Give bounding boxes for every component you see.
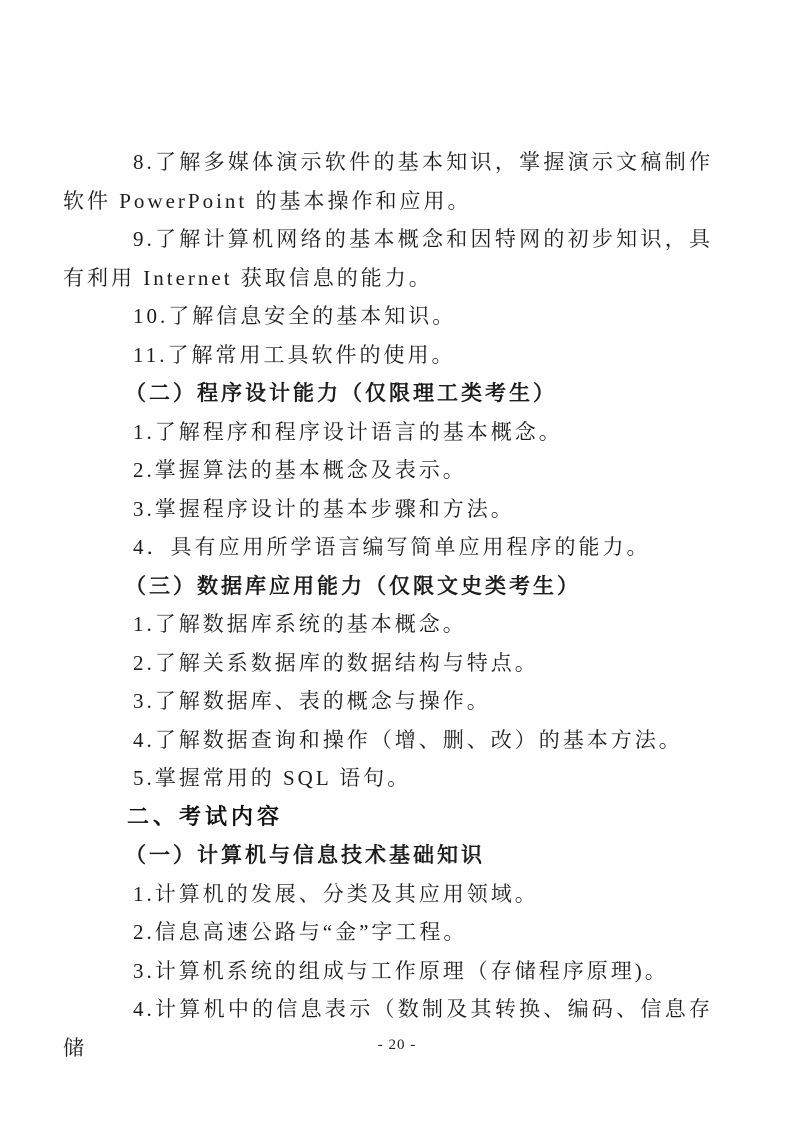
doc-paragraph: 2.了解关系数据库的数据结构与特点。 bbox=[63, 644, 713, 683]
section-heading: （三）数据库应用能力（仅限文史类考生） bbox=[63, 567, 713, 606]
doc-paragraph: 2.掌握算法的基本概念及表示。 bbox=[63, 451, 713, 490]
doc-paragraph: 4.了解数据查询和操作（增、删、改）的基本方法。 bbox=[63, 721, 713, 760]
doc-paragraph: 5.掌握常用的 SQL 语句。 bbox=[63, 759, 713, 798]
doc-paragraph: 4．具有应用所学语言编写简单应用程序的能力。 bbox=[63, 528, 713, 567]
doc-paragraph: 3.计算机系统的组成与工作原理（存储程序原理)。 bbox=[63, 952, 713, 991]
document-body: 8.了解多媒体演示软件的基本知识，掌握演示文稿制作软件 PowerPoint 的… bbox=[63, 143, 713, 1067]
doc-paragraph: 3.掌握程序设计的基本步骤和方法。 bbox=[63, 490, 713, 529]
doc-paragraph: 1.了解程序和程序设计语言的基本概念。 bbox=[63, 413, 713, 452]
chapter-heading: 二、考试内容 bbox=[63, 798, 713, 837]
doc-paragraph: 4.计算机中的信息表示（数制及其转换、编码、信息存储 bbox=[63, 990, 713, 1067]
doc-paragraph: 3.了解数据库、表的概念与操作。 bbox=[63, 682, 713, 721]
doc-paragraph: 11.了解常用工具软件的使用。 bbox=[63, 336, 713, 375]
doc-paragraph: 10.了解信息安全的基本知识。 bbox=[63, 297, 713, 336]
doc-paragraph: 8.了解多媒体演示软件的基本知识，掌握演示文稿制作软件 PowerPoint 的… bbox=[63, 143, 713, 220]
doc-paragraph: 1.了解数据库系统的基本概念。 bbox=[63, 605, 713, 644]
page-number: - 20 - bbox=[0, 1037, 794, 1054]
doc-paragraph: 1.计算机的发展、分类及其应用领域。 bbox=[63, 875, 713, 914]
section-heading: （一）计算机与信息技术基础知识 bbox=[63, 836, 713, 875]
section-heading: （二）程序设计能力（仅限理工类考生） bbox=[63, 374, 713, 413]
doc-paragraph: 2.信息高速公路与“金”字工程。 bbox=[63, 913, 713, 952]
document-page: 8.了解多媒体演示软件的基本知识，掌握演示文稿制作软件 PowerPoint 的… bbox=[0, 0, 794, 1123]
doc-paragraph: 9.了解计算机网络的基本概念和因特网的初步知识，具有利用 Internet 获取… bbox=[63, 220, 713, 297]
